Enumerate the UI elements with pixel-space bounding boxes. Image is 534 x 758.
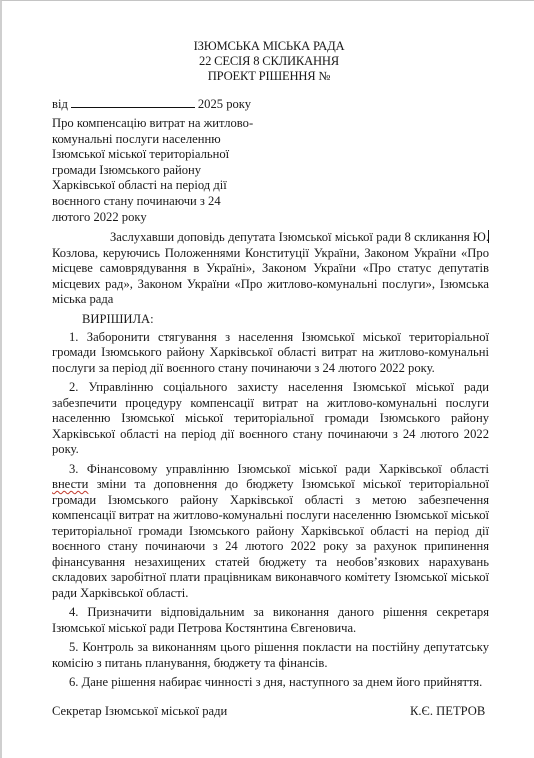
session-title: 22 СЕСІЯ 8 СКЛИКАННЯ <box>2 54 534 69</box>
item-text-before: Фінансовому управлінню Ізюмської міської… <box>87 462 489 476</box>
text-cursor <box>488 230 489 243</box>
date-blank-field[interactable] <box>71 96 195 108</box>
document-header: ІЗЮМСЬКА МІСЬКА РАДА 22 СЕСІЯ 8 СКЛИКАНН… <box>2 39 534 85</box>
council-name: ІЗЮМСЬКА МІСЬКА РАДА <box>2 39 534 54</box>
document-page[interactable]: ІЗЮМСЬКА МІСЬКА РАДА 22 СЕСІЯ 8 СКЛИКАНН… <box>0 0 534 758</box>
item-number: 1. <box>69 330 78 344</box>
item-text: Контроль за виконанням цього рішення пок… <box>52 640 489 670</box>
preamble-text-start: Заслухавши доповідь депутата Ізюмської м… <box>110 230 489 244</box>
item-text: Управлінню соціального захисту населення… <box>52 380 489 456</box>
decision-item-5: 5. Контроль за виконанням цього рішення … <box>52 640 489 671</box>
date-suffix: 2025 року <box>198 97 251 111</box>
signatory-name: К.Є. ПЕТРОВ <box>410 704 485 719</box>
decision-item-2: 2. Управлінню соціального захисту населе… <box>52 380 489 458</box>
decided-heading: ВИРІШИЛА: <box>52 312 489 327</box>
item-number: 2. <box>69 380 78 394</box>
item-text: Призначити відповідальним за виконання д… <box>52 605 489 635</box>
decision-item-4: 4. Призначити відповідальним за виконанн… <box>52 605 489 636</box>
decision-subject: Про компенсацію витрат на житлово-комуна… <box>52 116 262 225</box>
item-text: Дане рішення набирає чинності з дня, нас… <box>82 675 483 689</box>
date-line: від2025 року <box>52 96 251 112</box>
preamble-paragraph[interactable]: Заслухавши доповідь депутата Ізюмської м… <box>52 230 489 308</box>
item-number: 6. <box>69 675 78 689</box>
decision-item-3: 3. Фінансовому управлінню Ізюмської місь… <box>52 462 489 602</box>
preamble-text-end: Козлова, керуючись Положеннями Конституц… <box>52 246 489 307</box>
decision-item-1: 1. Заборонити стягування з населення Ізю… <box>52 330 489 377</box>
item-number: 3. <box>69 462 78 476</box>
document-body[interactable]: Заслухавши доповідь депутата Ізюмської м… <box>52 230 489 691</box>
signatory-title: Секретар Ізюмської міської ради <box>52 704 227 719</box>
item-text-after: зміни та доповнення до бюджету Ізюмської… <box>52 477 489 600</box>
spellcheck-flagged-word[interactable]: внести <box>52 477 88 491</box>
decision-item-6: 6. Дане рішення набирає чинності з дня, … <box>52 675 489 691</box>
draft-decision-title: ПРОЕКТ РІШЕННЯ № <box>2 69 534 84</box>
date-prefix: від <box>52 97 68 111</box>
item-text: Заборонити стягування з населення Ізюмсь… <box>52 330 489 375</box>
item-number: 4. <box>69 605 78 619</box>
item-number: 5. <box>69 640 78 654</box>
